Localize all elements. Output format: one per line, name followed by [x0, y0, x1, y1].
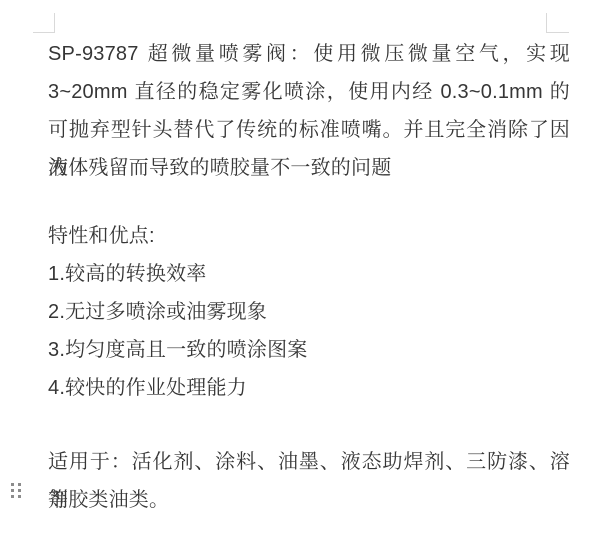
feature-list-item[interactable]: 1.较高的转换效率 [48, 255, 570, 293]
text-line[interactable]: 适用于：活化剂、涂料、油墨、液态助焊剂、三防漆、溶剂 [48, 443, 570, 481]
feature-list-item[interactable]: 3.均匀度高且一致的喷涂图案 [48, 331, 570, 369]
text-line[interactable]: 液体残留而导致的喷胶量不一致的问题 [48, 149, 570, 187]
features-section[interactable]: 特性和优点: 1.较高的转换效率 2.无过多喷涂或油雾现象 3.均匀度高且一致的… [48, 217, 570, 407]
text-line[interactable]: 3~20mm 直径的稳定雾化喷涂，使用内经 0.3~0.1mm 的 [48, 73, 570, 111]
text-line[interactable]: 可抛弃型针头替代了传统的标准喷嘴。并且完全消除了因为 [48, 111, 570, 149]
features-heading[interactable]: 特性和优点: [48, 217, 570, 255]
page-margin-mark-top-right [546, 13, 569, 33]
product-description-paragraph[interactable]: SP-93787 超微量喷雾阀：使用微压微量空气，实现 3~20mm 直径的稳定… [48, 35, 570, 187]
page-margin-mark-top-left [33, 13, 55, 33]
text-line[interactable]: SP-93787 超微量喷雾阀：使用微压微量空气，实现 [48, 35, 570, 73]
drag-handle-icon[interactable] [9, 480, 23, 500]
feature-list-item[interactable]: 4.较快的作业处理能力 [48, 369, 570, 407]
text-line[interactable]: 等胶类油类。 [48, 481, 570, 519]
document-page: SP-93787 超微量喷雾阀：使用微压微量空气，实现 3~20mm 直径的稳定… [0, 0, 600, 555]
drag-handle-dots [11, 483, 14, 486]
applications-paragraph[interactable]: 适用于：活化剂、涂料、油墨、液态助焊剂、三防漆、溶剂 等胶类油类。 [48, 443, 570, 519]
feature-list-item[interactable]: 2.无过多喷涂或油雾现象 [48, 293, 570, 331]
